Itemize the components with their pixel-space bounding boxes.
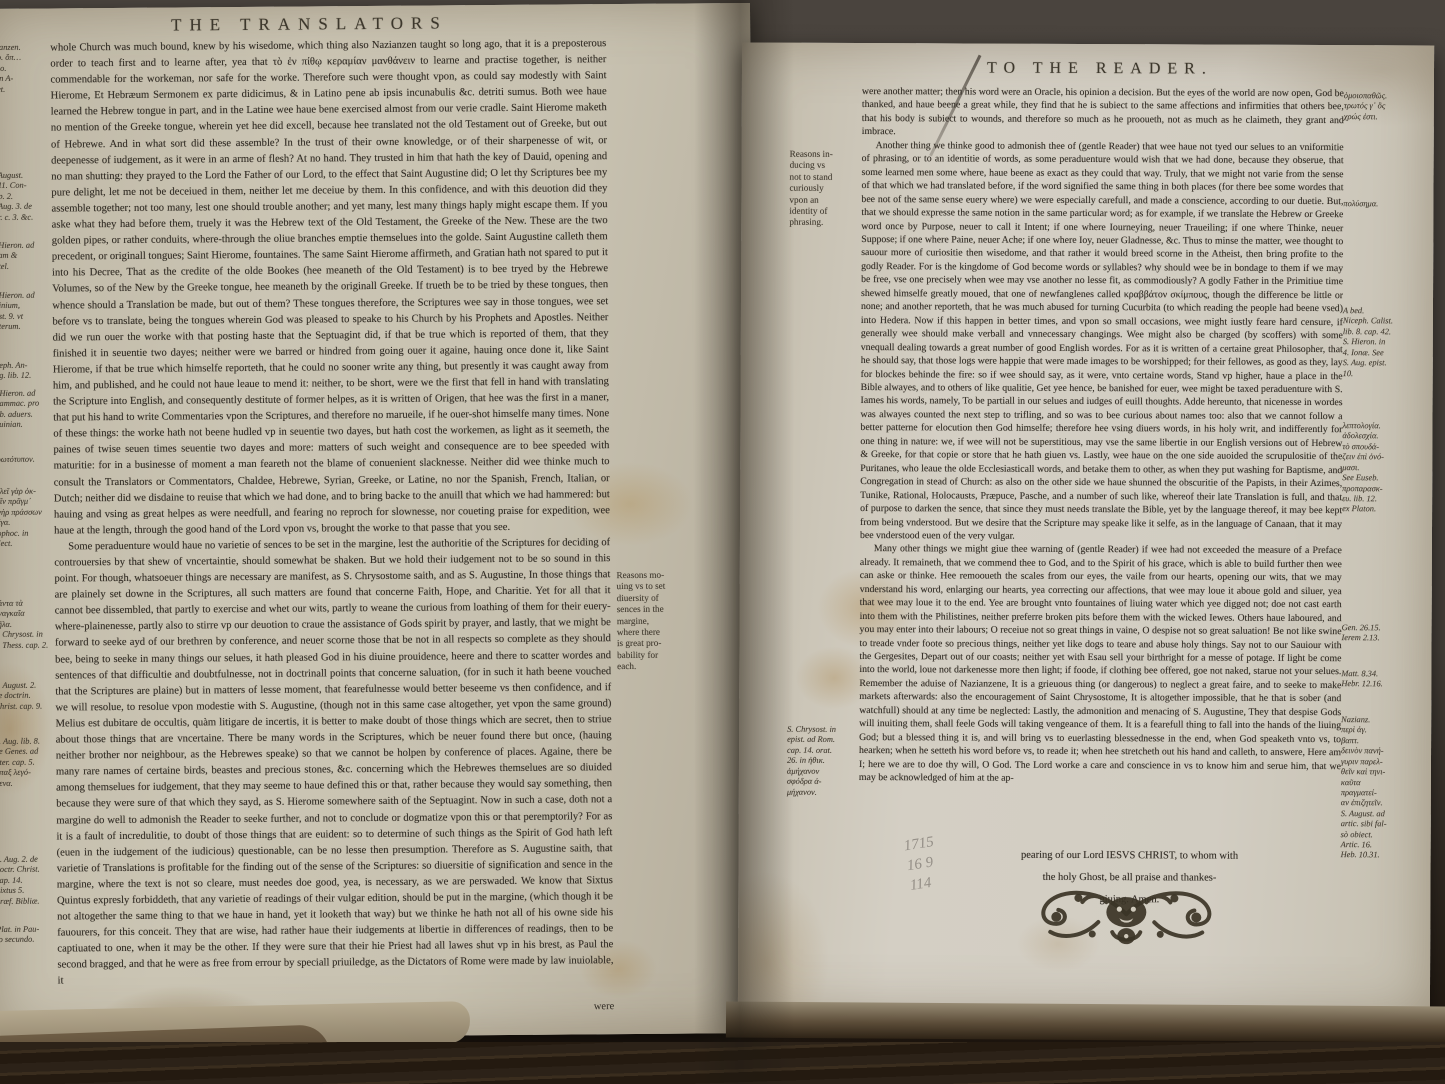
margin-note: Matt. 8.34. Hebr. 12.16. — [1341, 669, 1421, 690]
margin-note: S. Aug. 2. de doctr. Christ. cap. 14. Si… — [0, 855, 52, 908]
right-page-body: were another matter; then his word were … — [859, 85, 1344, 849]
paragraph: Another thing we thinke good to admonish… — [860, 139, 1344, 545]
margin-note: …August. …11. Con- cap. 2. …Aug. 3. de …… — [0, 171, 47, 224]
book-block-edge — [726, 1001, 1445, 1042]
right-page-left-margin-notes: Reasons in- ducing vs not to stand curio… — [742, 42, 1434, 45]
margin-note: A bed. Niceph. Calist. lib. 8. cap. 42. … — [1343, 306, 1423, 379]
catchword: were — [594, 1001, 614, 1012]
margin-note: …eph. An- …g. lib. 12. — [0, 361, 48, 382]
paragraph: whole Church was much bound, knew by his… — [50, 36, 610, 539]
margin-note: φιλεῖ γὰρ ὀκ- νεῖν πρᾶγμ᾽ ἀνὴρ πράσσων μ… — [0, 487, 49, 550]
book-photograph: THE TRANSLATORS …ianzen. …o. ὅπ… …so. …i… — [0, 0, 1445, 1084]
right-page-right-margin-notes: ὁμοιοπαθῶς. τρωτός γ᾽ ὃς χρώς ἐστι. πολύ… — [742, 42, 1434, 45]
left-margin-notes-column: …ianzen. …o. ὅπ… …so. …in A- …et. …Augus… — [0, 3, 750, 9]
margin-note: ὁμοιοπαθῶς. τρωτός γ᾽ ὃς χρώς ἐστι. — [1344, 91, 1424, 123]
margin-note: S. Aug. lib. 8. de Genes. ad liter. cap.… — [0, 737, 51, 790]
margin-note: …Hieron. ad …ammac. pro …b. aduers. Ioui… — [0, 389, 48, 431]
margin-note: Plat. in Pau- lo secundo. — [0, 925, 52, 946]
left-page-body: whole Church was much bound, knew by his… — [50, 36, 614, 1010]
margin-note: Gen. 26.15. Ierem 2.13. — [1342, 623, 1422, 644]
paragraph: Some peraduenture would haue no varietie… — [54, 535, 614, 990]
right-running-header: TO THE READER. — [987, 60, 1213, 79]
book-bottom-edge — [0, 1042, 1445, 1084]
margin-note: λεπτολογία. ἀδολεσχία. τὸ σπουδά- ζειν ἐ… — [1342, 421, 1422, 515]
margin-note: πολύσημα. — [1343, 199, 1423, 210]
margin-note: S. August. 2. de doctrin. Christ. cap. 9… — [0, 681, 50, 713]
paragraph: were another matter; then his word were … — [862, 85, 1344, 141]
margin-note: πρωτότυπον. — [0, 455, 49, 466]
left-page: THE TRANSLATORS …ianzen. …o. ὅπ… …so. …i… — [0, 3, 758, 1039]
margin-note: Nazianz. περὶ ἀγ. βαπτ. δεινὸν πανή- γυρ… — [1341, 715, 1422, 861]
margin-note-reasons-mouing: Reasons mo- uing vs to set diuersity of … — [616, 569, 699, 672]
left-running-header: THE TRANSLATORS — [171, 13, 448, 35]
margin-note: …Hieron. ad …inium, …st. 9. vt …terum. — [0, 291, 48, 333]
margin-note-reasons-inducing: Reasons in- ducing vs not to stand curio… — [789, 149, 853, 229]
margin-note: …Hieron. ad …am & …tel. — [0, 241, 47, 273]
woodcut-tailpiece-ornament — [1026, 884, 1226, 951]
margin-note: …ianzen. …o. ὅπ… …so. …in A- …et. — [0, 43, 46, 96]
right-page: TO THE READER. Reasons in- ducing vs not… — [738, 42, 1434, 1017]
margin-note: S. Chrysost. in epist. ad Rom. cap. 14. … — [787, 725, 851, 798]
paragraph: Many other things we might giue thee war… — [859, 542, 1342, 786]
margin-note: πάντα τὰ ἀναγκαῖα δῆλα. S. Chrysost. in … — [0, 599, 50, 652]
